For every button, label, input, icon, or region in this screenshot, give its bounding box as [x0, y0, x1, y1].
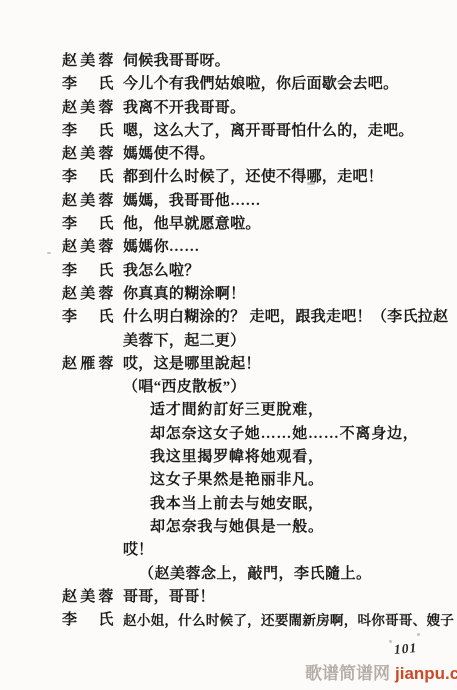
stage-direction: （赵美蓉念上，敲門，李氏隨上。	[139, 563, 457, 586]
dialogue-line: 赵美蓉 伺候我哥哥呀。	[0, 50, 457, 73]
speaker-name: 李 氏	[62, 213, 120, 236]
script-page: 赵美蓉 伺候我哥哥呀。 李 氏 今儿个有我們姑娘啦，你后面歇会去吧。 赵美蓉 我…	[0, 0, 457, 690]
dialogue-line: 李 氏 嗯，这么大了，离开哥哥怕什么的，走吧。	[0, 120, 457, 143]
aria-verse-line: 却怎奈我与她俱是一般。	[150, 516, 457, 539]
dialogue-line: 李 氏 今儿个有我們姑娘啦，你后面歇会去吧。	[0, 73, 457, 96]
watermark: 歌谱简谱网jianpu.cn	[305, 659, 457, 684]
dialogue-text: 媽媽，我哥哥他……	[123, 190, 450, 213]
speaker-name: 赵美蓉	[62, 143, 120, 166]
speaker-name: 李 氏	[62, 260, 120, 283]
speaker-name: 赵美蓉	[62, 190, 120, 213]
exclamation-line: 哎！	[123, 539, 457, 562]
scan-artifact	[307, 182, 315, 185]
dialogue-line: 李 氏 赵小姐，什么时候了，还要閙新房啊，呌你哥哥、嫂子	[0, 609, 457, 632]
scan-artifact	[389, 640, 392, 643]
dialogue-line: 赵美蓉 哥哥，哥哥！	[0, 586, 457, 609]
speaker-name: 李 氏	[62, 166, 120, 189]
speaker-name: 李 氏	[62, 73, 120, 96]
speaker-name: 赵美蓉	[62, 97, 120, 120]
speaker-name: 赵美蓉	[62, 50, 120, 73]
dialogue-line: 赵美蓉 媽媽，我哥哥他……	[0, 190, 457, 213]
watermark-site-url: jianpu.cn	[395, 664, 457, 683]
dialogue-text: 媽媽使不得。	[123, 143, 450, 166]
dialogue-line: 赵美蓉 你真真的糊涂啊！	[0, 283, 457, 306]
speaker-name: 赵美蓉	[62, 586, 120, 609]
dialogue-text: 他，他早就愿意啦。	[123, 213, 450, 236]
page-number: 101	[393, 640, 418, 658]
dialogue-text: 媽媽你……	[123, 236, 450, 259]
stage-direction: （唱“西皮散板”）	[123, 376, 457, 399]
scan-artifact	[417, 633, 420, 636]
dialogue-line: 李 氏 他，他早就愿意啦。	[0, 213, 457, 236]
dialogue-line: 赵美蓉 我离不开我哥哥。	[0, 97, 457, 120]
dialogue-text: 赵小姐，什么时候了，还要閙新房啊，呌你哥哥、嫂子	[123, 609, 457, 632]
dialogue-text: 什么明白糊涂的？ 走吧，跟我走吧！（李氏拉赵美蓉下，起二更）	[123, 306, 450, 353]
aria-verse-line: 我这里揭罗幃将她观看，	[150, 446, 457, 469]
dialogue-line: 赵雁蓉 哎，这是哪里說起！	[0, 353, 457, 376]
dialogue-text: 我离不开我哥哥。	[123, 97, 450, 120]
dialogue-line: 李 氏 什么明白糊涂的？ 走吧，跟我走吧！（李氏拉赵美蓉下，起二更）	[0, 306, 457, 353]
speaker-name: 赵美蓉	[62, 283, 120, 306]
dialogue-text: 你真真的糊涂啊！	[123, 283, 450, 306]
speaker-name: 赵雁蓉	[62, 353, 120, 376]
dialogue-text: 哥哥，哥哥！	[123, 586, 450, 609]
aria-verse-line: 却怎奈这女子她……她……不离身边，	[150, 423, 457, 446]
speaker-name: 李 氏	[62, 306, 120, 329]
dialogue-text: 我怎么啦？	[123, 260, 450, 283]
watermark-site-name: 歌谱简谱网	[305, 664, 390, 683]
dialogue-line: 李 氏 都到什么时候了，还使不得哪，走吧！	[0, 166, 457, 189]
dialogue-line: 李 氏 我怎么啦？	[0, 260, 457, 283]
speaker-name: 赵美蓉	[62, 236, 120, 259]
aria-verse-line: 适才間約訂好三更脫难，	[150, 399, 457, 422]
scan-artifact	[47, 252, 51, 254]
dialogue-line: 赵美蓉 媽媽使不得。	[0, 143, 457, 166]
aria-verse-line: 我本当上前去与她安眠，	[150, 493, 457, 516]
aria-verse-line: 这女子果然是艳丽非凡。	[150, 469, 457, 492]
dialogue-text: 嗯，这么大了，离开哥哥怕什么的，走吧。	[123, 120, 450, 143]
dialogue-text: 今儿个有我們姑娘啦，你后面歇会去吧。	[123, 73, 450, 96]
dialogue-text: 哎，这是哪里說起！	[123, 353, 450, 376]
script-text-block: 赵美蓉 伺候我哥哥呀。 李 氏 今儿个有我們姑娘啦，你后面歇会去吧。 赵美蓉 我…	[0, 50, 457, 632]
dialogue-line: 赵美蓉 媽媽你……	[0, 236, 457, 259]
dialogue-text: 都到什么时候了，还使不得哪，走吧！	[123, 166, 450, 189]
speaker-name: 李 氏	[62, 120, 120, 143]
speaker-name: 李 氏	[62, 609, 120, 632]
dialogue-text: 伺候我哥哥呀。	[123, 50, 450, 73]
